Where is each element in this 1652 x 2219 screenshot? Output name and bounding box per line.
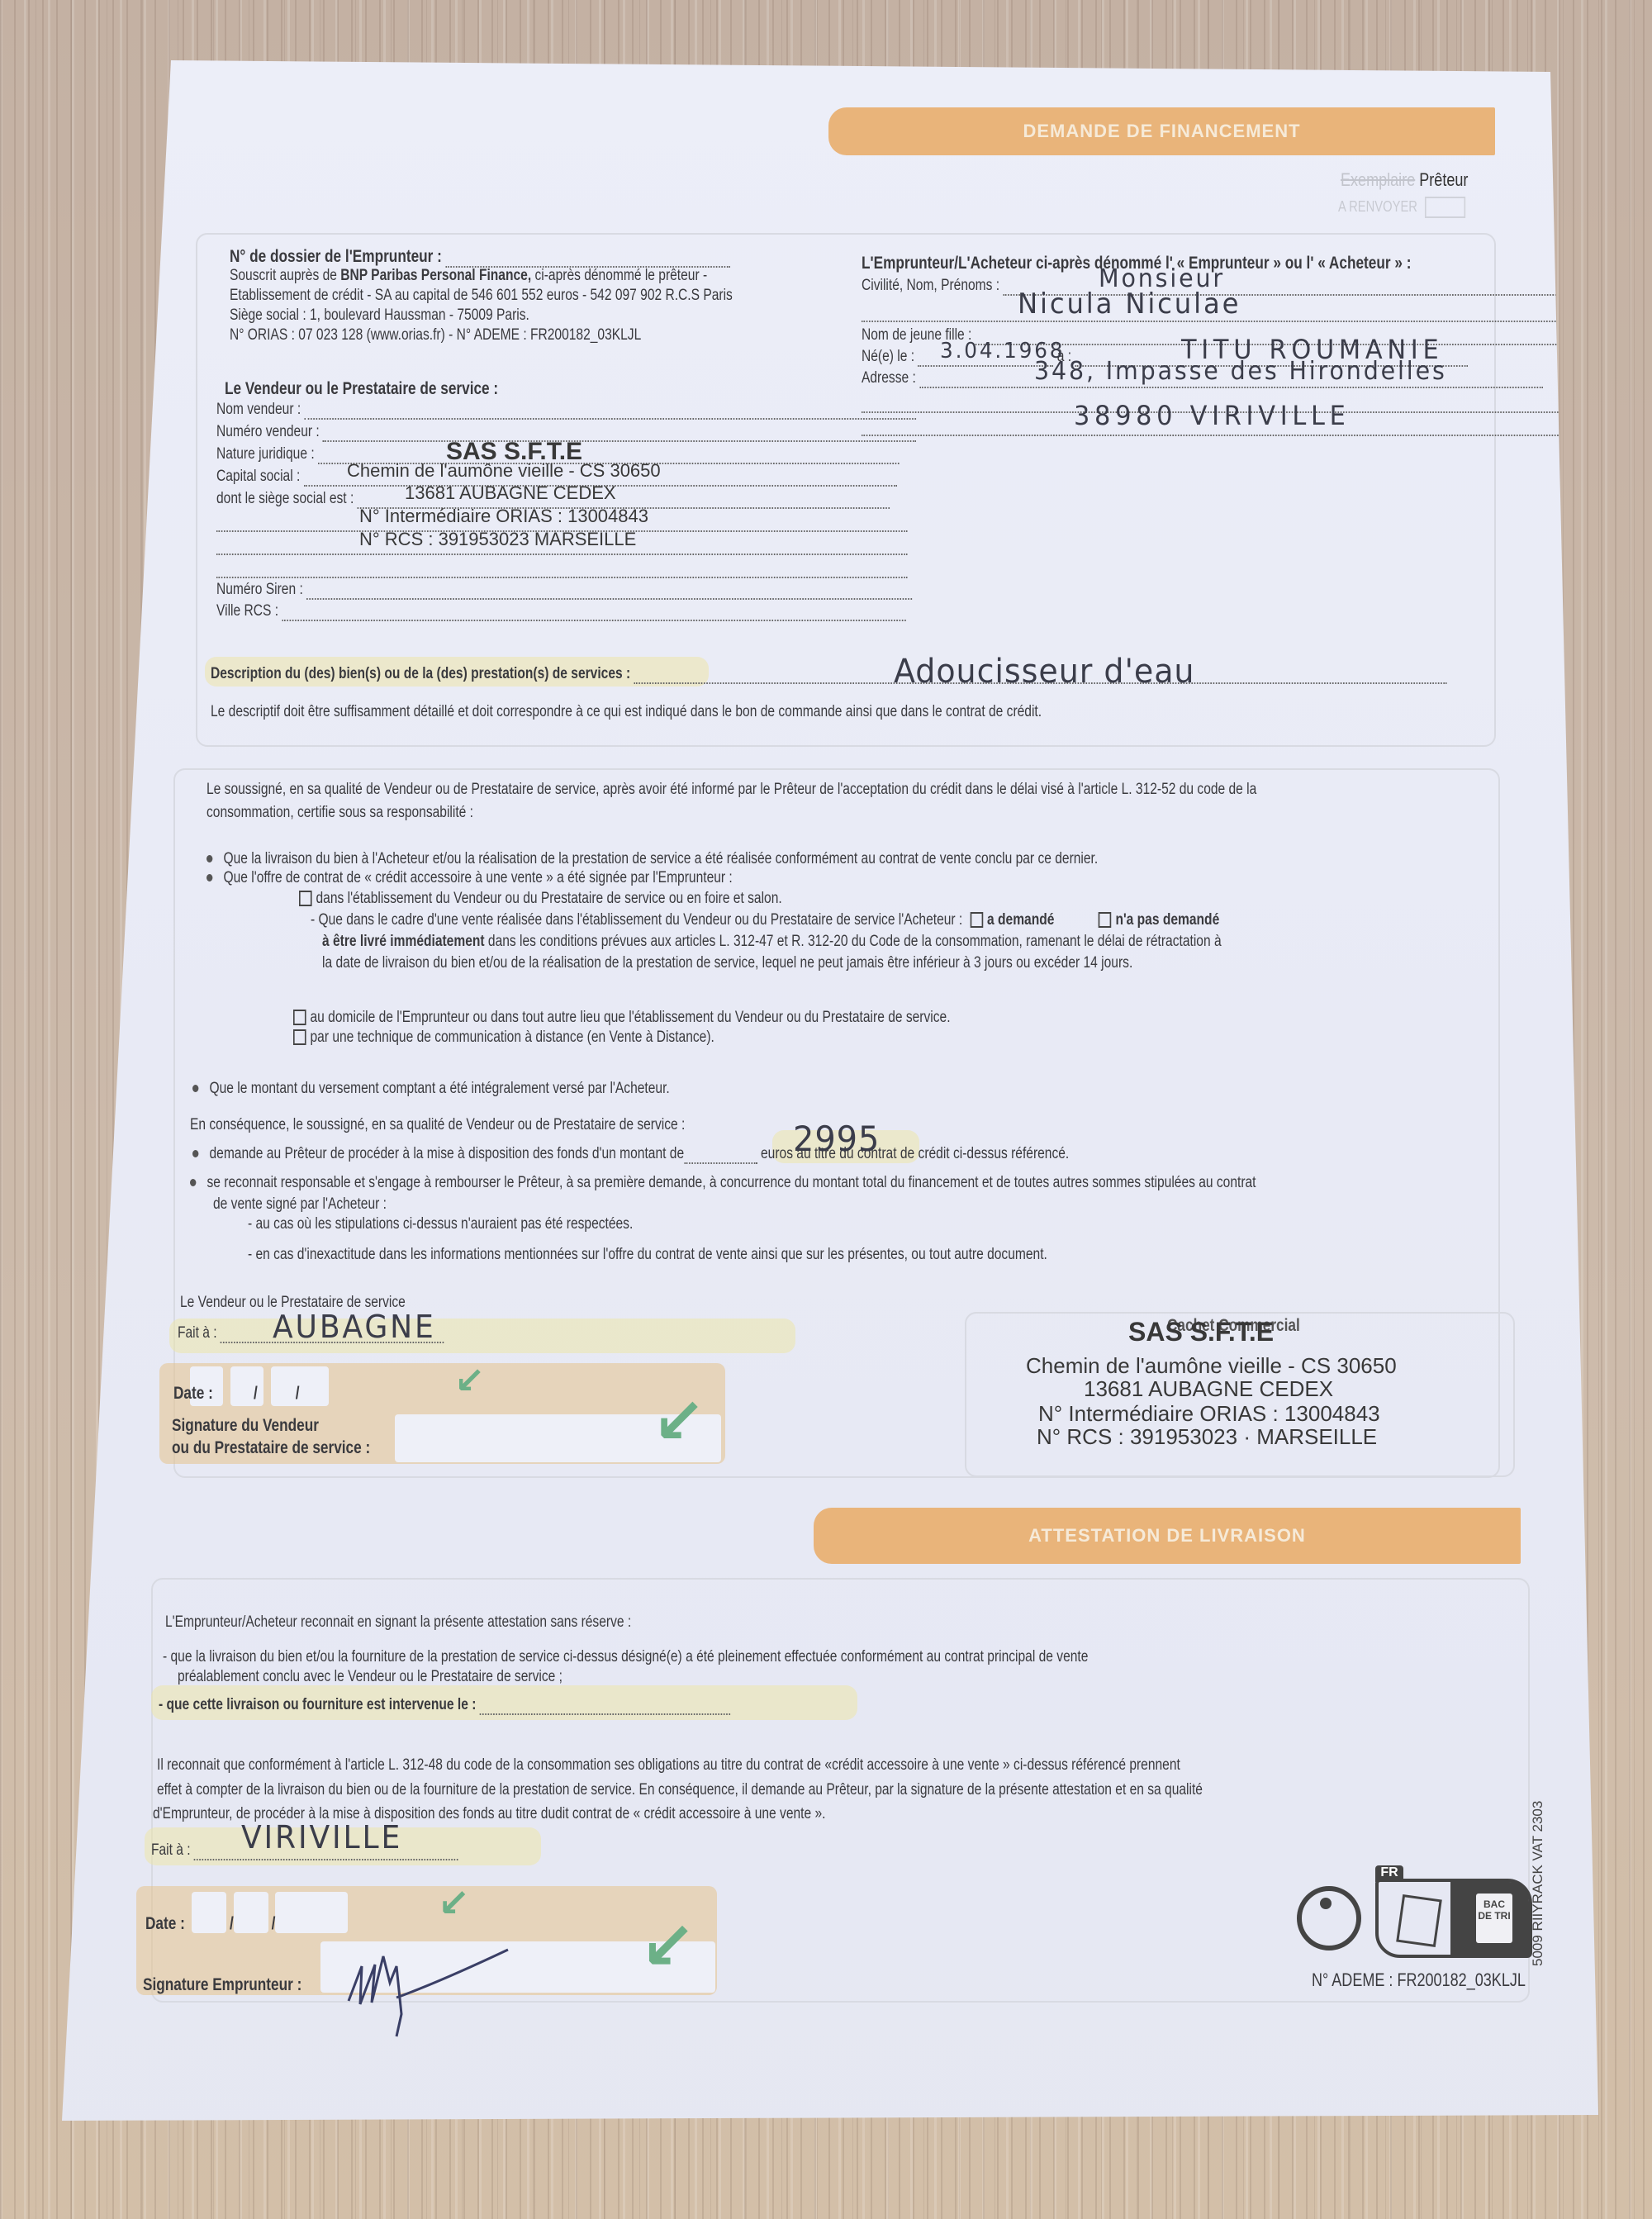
cert-sub-2: à être livré immédiatement dans les cond… [322,932,1222,952]
seller-signature-label-2: ou du Prestataire de service : [172,1437,370,1459]
copy-label: Exemplaire Prêteur [1341,169,1468,192]
borrower-signature [339,1933,520,2041]
checkbox-not-asked[interactable] [1099,912,1112,928]
checkbox-distance[interactable] [293,1029,306,1045]
cert-bullet-1: Que la livraison du bien à l'Acheteur et… [206,849,1098,869]
stamp-line: Chemin de l'aumône vieille - CS 30650 [1026,1353,1397,1379]
option-distance[interactable]: par une technique de communication à dis… [293,1028,714,1048]
title-banner: DEMANDE DE FINANCEMENT [828,107,1495,155]
seller-field-value[interactable]: N° RCS : 391953023 MARSEILLE [359,529,636,550]
seller-place[interactable]: AUBAGNE [273,1309,436,1345]
seller-field-value[interactable]: Chemin de l'aumône vieille - CS 30650 [347,460,661,482]
consequence-dash-1: - au cas où les stipulations ci-dessus n… [248,1214,633,1234]
consequence-dash-2: - en cas d'inexactitude dans les informa… [248,1245,1047,1265]
option-home[interactable]: au domicile de l'Emprunteur ou dans tout… [293,1008,951,1028]
delivery-title: ATTESTATION DE LIVRAISON [1028,1525,1306,1546]
delivery-para-1: Il reconnait que conformément à l'articl… [157,1756,1180,1775]
borrower-signature-label: Signature Emprunteur : [143,1974,301,1996]
arrow-down-left-icon: ↙ [653,1390,705,1452]
person-recycle-icon [1320,1898,1332,1909]
borrower-name[interactable]: Nicula Niculae [1018,287,1241,321]
cert-bullet-3: Que le montant du versement comptant a é… [192,1079,670,1099]
document-page: DEMANDE DE FINANCEMENT Exemplaire Prêteu… [0,0,1652,2219]
checkbox-asked[interactable] [971,912,984,928]
arrow-down-left-icon: ↙ [454,1360,485,1402]
side-code: 5009 RIIYRACK VAT 2303 [1530,1801,1546,1966]
envelope-icon [1425,197,1465,218]
delivery-point-2: - que cette livraison ou fourniture est … [159,1695,730,1715]
seller-field-value[interactable]: 13681 AUBAGNE CEDEX [405,482,616,504]
option-shop[interactable]: dans l'établissement du Vendeur ou du Pr… [299,889,782,909]
country-tag: FR [1375,1865,1403,1882]
delivery-para-2: effet à compter de la livraison du bien … [157,1780,1203,1800]
copy-label-faded: Exemplaire [1341,169,1415,190]
address-city[interactable]: 38980 VIRIVILLE [1074,400,1351,431]
seller-field-row: Ville RCS : [216,601,906,621]
seller-field-label: Nom vendeur : [216,401,301,418]
seller-field-row: Nom vendeur : [216,400,916,420]
seller-field-label: Numéro Siren : [216,581,303,598]
cert-sub-1: - Que dans le cadre d'une vente réalisée… [311,910,1219,930]
cert-intro-2: consommation, certifie sous sa responsab… [206,803,473,823]
seller-field-row [216,558,907,578]
seller-heading: Le Vendeur ou le Prestataire de service … [225,378,498,400]
delivery-banner: ATTESTATION DE LIVRAISON [814,1508,1521,1564]
description-label: Description du (des) bien(s) ou de la (d… [211,664,1447,684]
seller-field-label: Nature juridique : [216,445,315,463]
copy-label-lender: Prêteur [1419,169,1468,190]
description-value[interactable]: Adoucisseur d'eau [894,653,1194,691]
cert-bullet-2: Que l'offre de contrat de « crédit acces… [206,868,733,888]
cert-sub-3: la date de livraison du bien et/ou de la… [322,953,1132,973]
seller-field-value[interactable]: N° Intermédiaire ORIAS : 13004843 [359,506,648,527]
arrow-down-left-icon: ↙ [438,1880,470,1925]
consequence-bullet-1: demande au Prêteur de procéder à la mise… [192,1144,1069,1164]
stamp-line: SAS S.F.T.E [1128,1317,1274,1347]
bin-icon: BAC DE TRI [1476,1894,1512,1943]
lender-line-1: Souscrit auprès de BNP Paribas Personal … [230,266,707,286]
cert-intro-1: Le soussigné, en sa qualité de Vendeur o… [206,780,1256,800]
seller-field-label: Numéro vendeur : [216,423,320,440]
seller-field-label: Capital social : [216,468,300,485]
seller-field-row: Numéro Siren : [216,580,912,600]
lender-line-3: Siège social : 1, boulevard Haussman - 7… [230,306,529,325]
delivery-place[interactable]: VIRIVILLE [241,1819,402,1856]
amount-value[interactable]: 2995 [793,1119,880,1159]
delivery-point-1a: - que la livraison du bien et/ou la four… [163,1647,1088,1667]
ademe-number: N° ADEME : FR200182_03KLJL [1312,1969,1526,1992]
dossier-label: N° de dossier de l'Emprunteur : [230,246,730,268]
arrow-down-left-icon: ↙ [640,1913,695,1979]
borrower-date-label: Date :// [145,1913,275,1935]
borrower-date-year[interactable] [275,1892,348,1933]
seller-signature-label-1: Signature du Vendeur [172,1415,319,1437]
info-tri-panel: BAC DE TRI [1375,1879,1532,1958]
delivery-point-1b: préalablement conclu avec le Vendeur ou … [178,1667,563,1687]
delivery-intro: L'Emprunteur/Acheteur reconnait en signa… [165,1613,631,1632]
seller-field-label: Ville RCS : [216,602,278,620]
stamp-line: N° Intermédiaire ORIAS : 13004843 [1038,1401,1380,1427]
stamp-line: 13681 AUBAGNE CEDEX [1084,1376,1333,1402]
seller-date-label: Date :// [173,1383,300,1404]
triman-icon [1297,1886,1361,1951]
lender-line-2: Etablissement de crédit - SA au capital … [230,286,733,306]
consequence-bullet-2a: se reconnait responsable et s'engage à r… [190,1173,1256,1193]
document-icon [1396,1894,1442,1947]
checkbox-shop[interactable] [299,891,312,906]
description-note: Le descriptif doit être suffisamment dét… [211,702,1042,722]
page-title: DEMANDE DE FINANCEMENT [1023,121,1300,141]
address-line-1[interactable]: 348, Impasse des Hirondelles [1034,357,1447,386]
checkbox-home[interactable] [293,1010,306,1025]
return-label: A RENVOYER [1338,197,1465,218]
seller-field-label: dont le siège social est : [216,490,354,507]
consequence-bullet-2b: de vente signé par l'Acheteur : [213,1195,387,1214]
lender-line-4: N° ORIAS : 07 023 128 (www.orias.fr) - N… [230,325,641,345]
stamp-line: N° RCS : 391953023 · MARSEILLE [1037,1424,1377,1450]
consequence-intro: En conséquence, le soussigné, en sa qual… [190,1115,685,1135]
